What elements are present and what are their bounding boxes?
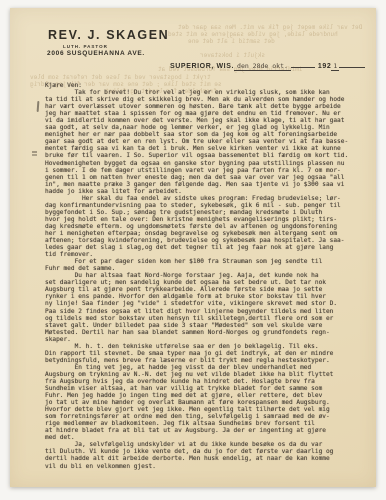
letterhead-role: LUTH. PASTOR (63, 44, 108, 49)
bleed-through-text: det samtid i alt det ene (188, 38, 275, 45)
salutation: Kjære Ven: (45, 82, 365, 89)
margin-pencil-dots (32, 151, 37, 153)
letterhead-name: REV. J. SKAGEN (48, 28, 169, 42)
paragraph: For et par dager siden kom her $100 fra … (45, 258, 365, 272)
year-blank-line (339, 60, 365, 68)
paragraph: En ting vet jeg, at hadde jeg visst da d… (45, 364, 365, 442)
paragraph: Her skal du faa endel av sidste ukes pro… (45, 195, 365, 258)
bleed-through-text: skjult i bokstaver (200, 52, 265, 59)
bleed-through-text: hundrede laide, jeg vilde saagjerne se m… (168, 31, 338, 38)
year-typed: 1 (331, 62, 339, 71)
paragraph: Ja, selvfølgelig undskylder vi at du ikk… (45, 441, 365, 469)
letterhead-place: SUPERIOR, WIS. (170, 63, 234, 70)
typed-date: den 28de okt. (234, 62, 291, 71)
bleed-through-text: trykt i bogstaver ved at lese det refera… (30, 74, 211, 81)
paragraph: M. h. t. den tekniske utførelse saa er d… (45, 343, 365, 364)
year-printed: 192 (318, 63, 331, 70)
date-blank-line (291, 60, 315, 68)
margin-pencil-mark (37, 101, 40, 112)
letter-body: Kjære Ven: Tak for brevet! Du tror vel a… (45, 82, 365, 470)
letter-page: Det var like meget jeg fik av mit. Men s… (10, 8, 376, 487)
paragraph: Tak for brevet! Du tror vel at jeg er en… (45, 89, 365, 195)
letterhead-address: 2006 SUSQUEHANNA AVE. (47, 50, 145, 57)
dateline: SUPERIOR, WIS. den 28de okt. 192 1 (170, 60, 365, 71)
bleed-through-text: Det var like meget jeg fik av mit. Men s… (178, 24, 362, 31)
paragraph: Du har altsaa faat Nord-Norge forstaar j… (45, 272, 365, 342)
